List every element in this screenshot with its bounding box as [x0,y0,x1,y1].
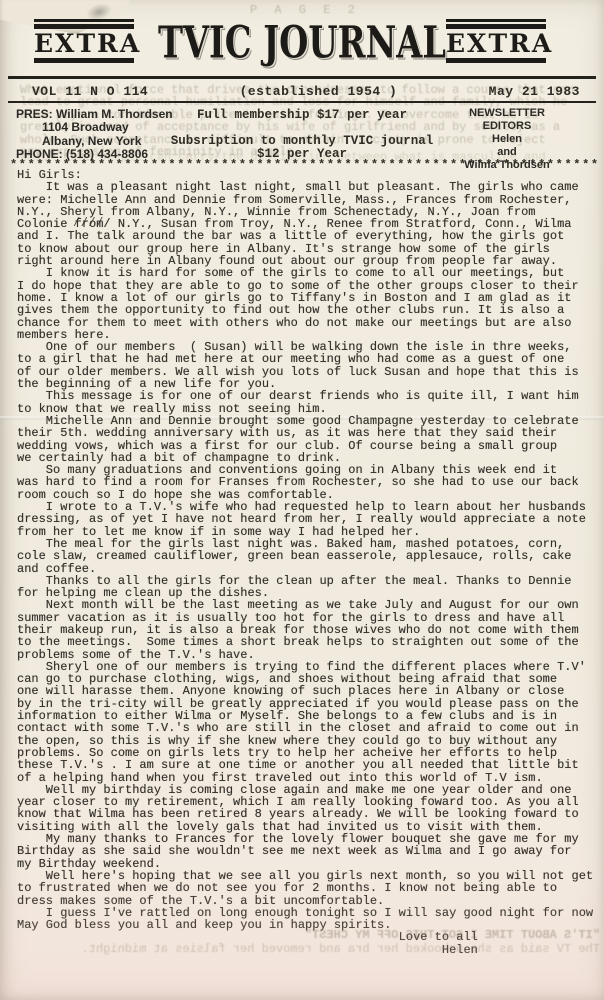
volume-number: VOL 11 N O 114 [32,84,148,99]
established-note: (established 1954 ) [240,84,398,99]
masthead-extra-right: EXTRA [446,19,546,63]
editors-heading: NEWSLETTER EDITORS [445,107,569,133]
masthead-bar [34,58,134,63]
newsletter-page: P A G E 2 What emotional force that driv… [0,0,604,1000]
masthead-bar [446,58,546,63]
overstrike-marks: //// [73,216,105,229]
letter-body-text: Hi Girls: It was a pleasant night last n… [17,169,603,956]
editor-name-1: Helen [445,133,569,146]
issue-date: May 21 1983 [489,84,580,99]
horizontal-rule [8,76,596,79]
extra-label-left: EXTRA [34,29,134,58]
newsletter-title: TVIC JOURNAL [148,20,455,66]
membership-rates-block: Full membership $17 per year Subsription… [152,109,452,161]
bleedthrough-page-number: P A G E 2 [250,4,410,17]
membership-rate-line: Full membership $17 per year [152,109,452,122]
masthead-extra-left: EXTRA [34,19,134,63]
issue-line: VOL 11 N O 114 (established 1954 ) May 2… [32,84,580,99]
masthead-bar [446,19,546,22]
extra-label-right: EXTRA [446,29,546,58]
horizontal-rule [8,101,596,103]
masthead-bar [34,19,134,22]
